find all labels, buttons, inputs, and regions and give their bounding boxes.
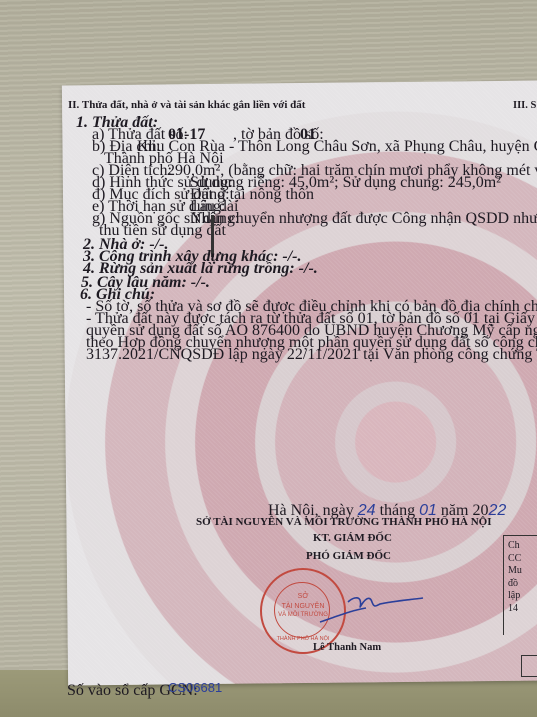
- signer-name: Lê Thanh Nam: [313, 642, 381, 653]
- registry-number: CS06681: [168, 680, 222, 695]
- position-title: PHÓ GIÁM ĐỐC: [306, 550, 391, 562]
- issuer: SỞ TÀI NGUYÊN VÀ MÔI TRƯỜNG THÀNH PHỐ HÀ…: [196, 516, 492, 528]
- next-section-title: III. S: [513, 100, 536, 111]
- right-column-line: đồ: [508, 578, 537, 591]
- right-column-partial: Ch CC Mu đồ lập 14: [503, 535, 537, 635]
- right-column-line: lập: [508, 590, 537, 603]
- section-title: II. Thửa đất, nhà ở và tài sản khác gắn …: [68, 99, 305, 111]
- right-column-line: Ch: [508, 540, 537, 553]
- note-line-5: 3137.2021/CNQSDĐ lập ngày 22/11/2021 tại…: [86, 346, 537, 364]
- signature: [318, 588, 428, 628]
- right-column-line: Mu: [508, 565, 537, 578]
- corner-box: [521, 655, 537, 677]
- right-column-line: CC: [508, 553, 537, 566]
- right-column-line: 14: [508, 603, 537, 616]
- origin-line-1: Nhận chuyển nhượng đất được Công nhận QS…: [190, 210, 537, 228]
- on-behalf-title: KT. GIÁM ĐỐC: [313, 532, 392, 544]
